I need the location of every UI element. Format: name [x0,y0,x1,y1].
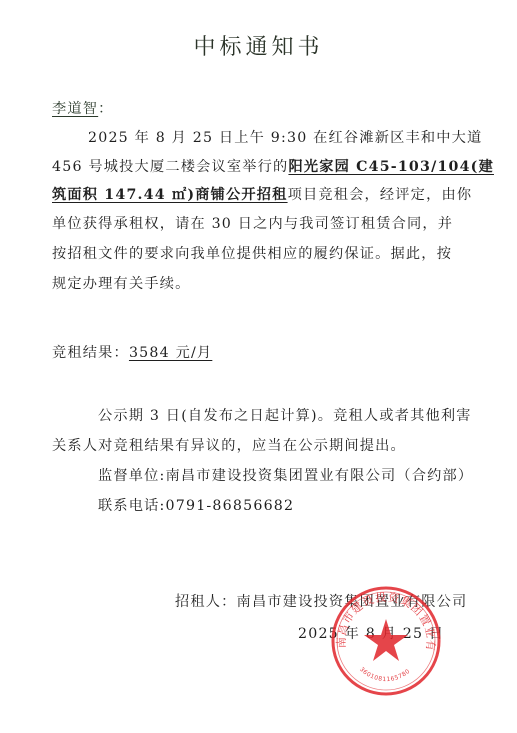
body-line-5: 按招租文件的要求向我单位提供相应的履约保证。据此，按 [52,244,452,264]
project-name: 筑面积 147.44 ㎡)商铺公开招租 [52,187,288,203]
result-line: 竞租结果：3584 元/月 [52,343,212,363]
body-line-2: 456 号城投大厦二楼会议室举行的阳光家园 C45-103/104(建 [52,157,494,177]
document-title: 中标通知书 [0,30,517,61]
body-text: 单位获得承租权，请在 30 日之内与我司签订租赁合同，并 [52,216,453,232]
recipient-line: 李道智： [52,99,114,119]
company-seal: 南昌市建设投资集团置业有限公司 3601081165780 [330,585,442,697]
supervisor-line: 监督单位:南昌市建设投资集团置业有限公司（合约部） [98,466,473,486]
body-line-3: 筑面积 147.44 ㎡)商铺公开招租项目竞租会，经评定，由你 [52,185,472,205]
notice-line-2: 关系人对竞租结果有异议的，应当在公示期间提出。 [52,436,406,456]
body-line-6: 规定办理有关手续。 [52,274,191,294]
body-text: 2025 年 8 月 25 日上午 9:30 在红谷滩新区丰和中大道 [88,130,482,146]
body-line-4: 单位获得承租权，请在 30 日之内与我司签订租赁合同，并 [52,214,453,234]
project-name: 阳光家园 C45-103/104(建 [288,159,494,175]
result-label: 竞租结果： [52,345,129,361]
body-text: 规定办理有关手续。 [52,276,191,292]
seal-icon: 南昌市建设投资集团置业有限公司 3601081165780 [330,585,442,697]
recipient-name: 李道智 [52,101,98,117]
body-text: 按招租文件的要求向我单位提供相应的履约保证。据此，按 [52,246,452,262]
svg-text:3601081165780: 3601081165780 [358,666,412,683]
body-line-1: 2025 年 8 月 25 日上午 9:30 在红谷滩新区丰和中大道 [88,128,482,148]
result-value: 3584 元/月 [129,345,212,361]
seal-code: 3601081165780 [358,666,412,683]
body-text: 项目竞租会，经评定，由你 [288,187,473,203]
recipient-colon: ： [98,101,113,117]
phone-line: 联系电话:0791-86856682 [98,496,294,516]
body-text: 456 号城投大厦二楼会议室举行的 [52,159,288,175]
notice-line-1: 公示期 3 日(自发布之日起计算)。竞租人或者其他利害 [98,406,472,426]
